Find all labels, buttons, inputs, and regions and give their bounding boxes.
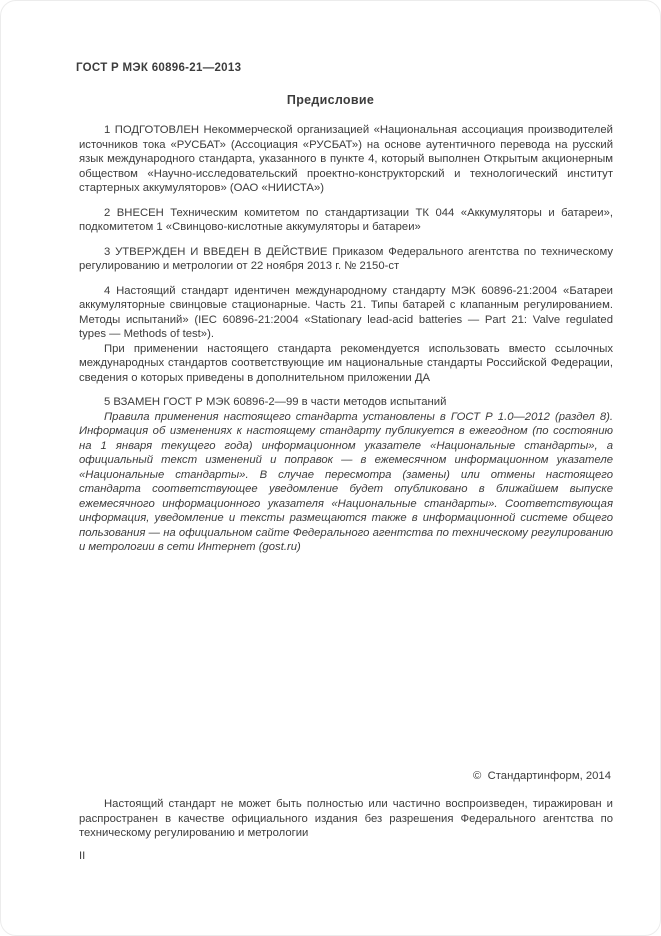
reproduction-restriction-note: Настоящий стандарт не может быть полност… bbox=[79, 797, 613, 841]
foreword-item-1: 1 ПОДГОТОВЛЕН Некоммерческой организацие… bbox=[79, 123, 613, 196]
standard-designation: ГОСТ Р МЭК 60896-21—2013 bbox=[76, 62, 241, 74]
page-title: Предисловие bbox=[1, 93, 660, 107]
foreword-item-2: 2 ВНЕСЕН Техническим комитетом по станда… bbox=[79, 206, 613, 235]
page-number: II bbox=[79, 850, 85, 862]
copyright-notice: © Стандартинформ, 2014 bbox=[473, 770, 611, 782]
document-page: ГОСТ Р МЭК 60896-21—2013 Предисловие 1 П… bbox=[0, 0, 661, 936]
application-rules-note: Правила применения настоящего стандарта … bbox=[79, 410, 613, 555]
foreword-item-4-continuation: При применении настоящего стандарта реко… bbox=[79, 342, 613, 386]
foreword-item-4: 4 Настоящий стандарт идентичен междунаро… bbox=[79, 284, 613, 342]
foreword-item-3: 3 УТВЕРЖДЕН И ВВЕДЕН В ДЕЙСТВИЕ Приказом… bbox=[79, 245, 613, 274]
foreword-body: 1 ПОДГОТОВЛЕН Некоммерческой организацие… bbox=[79, 123, 613, 555]
foreword-item-5: 5 ВЗАМЕН ГОСТ Р МЭК 60896-2—99 в части м… bbox=[79, 395, 613, 410]
